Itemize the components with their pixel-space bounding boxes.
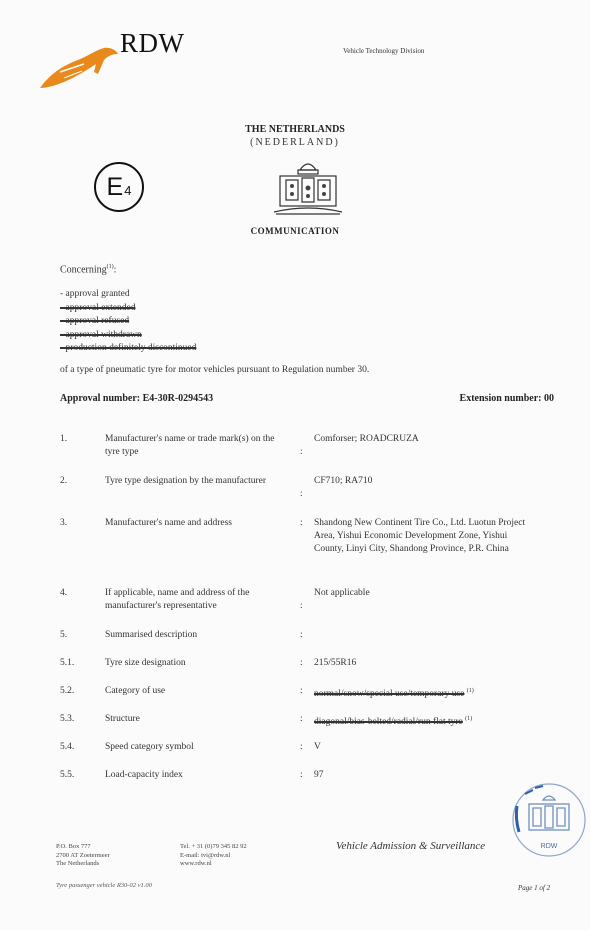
item-label: If applicable, name and address of the m… [105, 587, 285, 613]
concerning-options: - approval granted - approval extended -… [60, 288, 196, 356]
item-label: Summarised description [105, 629, 285, 642]
item-value: CF710; RA710 [314, 475, 554, 488]
option-approval-withdrawn: - approval withdrawn [60, 329, 196, 343]
address-line: 2700 AT Zoetermeer [56, 852, 110, 861]
division-label: Vehicle Technology Division [343, 47, 424, 55]
item-label: Tyre size designation [105, 657, 285, 670]
item-footnote: (1) [467, 688, 474, 694]
item-colon: : [300, 517, 303, 530]
item-value: 215/55R16 [314, 657, 554, 670]
rdw-stamp-icon: RDW [505, 778, 587, 860]
item-number: 1. [60, 433, 67, 446]
item-number: 5.5. [60, 769, 74, 782]
rdw-bird-logo-icon [38, 44, 118, 90]
item-label: Structure [105, 713, 285, 726]
country-title: THE NETHERLANDS [0, 124, 590, 135]
item-colon: : [300, 600, 303, 613]
address-line: P.O. Box 777 [56, 843, 110, 852]
item-value: Comforser; ROADCRUZA [314, 433, 554, 446]
item-footnote: (1) [465, 716, 472, 722]
item-colon: : [300, 629, 303, 642]
item-colon: : [300, 713, 303, 726]
document-type-title: COMMUNICATION [0, 226, 590, 236]
item-number: 2. [60, 475, 67, 488]
page-number: Page 1 of 2 [518, 884, 550, 892]
contact-website: www.rdw.nl [180, 860, 247, 869]
item-value-text: diagonal/bias-belted/radial/run flat tyr… [314, 717, 463, 727]
item-number: 5.3. [60, 713, 74, 726]
item-label: Category of use [105, 685, 285, 698]
item-value: normal/snow/special use/temporary use (1… [314, 685, 554, 701]
item-label: Manufacturer's name or trade mark(s) on … [105, 433, 285, 459]
item-number: 5.4. [60, 741, 74, 754]
item-label: Tyre type designation by the manufacture… [105, 475, 285, 488]
item-value: diagonal/bias-belted/radial/run flat tyr… [314, 713, 554, 729]
extension-number: Extension number: 00 [460, 393, 554, 404]
item-colon: : [300, 488, 303, 501]
item-value: Not applicable [314, 587, 554, 600]
e-mark-number: 4 [124, 183, 131, 198]
option-approval-refused: - approval refused [60, 315, 196, 329]
option-approval-granted: - approval granted [60, 288, 196, 302]
item-colon: : [300, 769, 303, 782]
concerning-text: Concerning [60, 264, 107, 275]
org-name: RDW [120, 28, 185, 59]
item-number: 5.2. [60, 685, 74, 698]
e-mark-letter: E [107, 173, 124, 201]
regulation-statement: of a type of pneumatic tyre for motor ve… [60, 365, 369, 375]
concerning-footnote: (1) [107, 264, 114, 270]
stamp-text: RDW [541, 843, 558, 850]
option-production-discontinued: - production definitely discontinued [60, 342, 196, 356]
contact-phone: Tel. + 31 (0)79 345 82 92 [180, 843, 247, 852]
item-value: Shandong New Continent Tire Co., Ltd. Lu… [314, 517, 539, 556]
item-number: 3. [60, 517, 67, 530]
item-number: 5. [60, 629, 67, 642]
coat-of-arms-icon [272, 156, 344, 218]
item-label: Load-capacity index [105, 769, 285, 782]
country-native-title: (NEDERLAND) [0, 137, 590, 148]
item-colon: : [300, 446, 303, 459]
option-approval-extended: - approval extended [60, 302, 196, 316]
concerning-colon: : [114, 264, 117, 275]
concerning-label: Concerning(1): [60, 264, 116, 275]
item-label: Manufacturer's name and address [105, 517, 285, 530]
item-value-text: normal/snow/special use/temporary use [314, 689, 464, 699]
item-number: 4. [60, 587, 67, 600]
footer-contact: Tel. + 31 (0)79 345 82 92 E-mail: tvi@rd… [180, 843, 247, 869]
footer-address: P.O. Box 777 2700 AT Zoetermeer The Neth… [56, 843, 110, 869]
item-colon: : [300, 657, 303, 670]
item-label: Speed category symbol [105, 741, 285, 754]
e-mark-icon: E4 [94, 162, 144, 212]
approval-number: Approval number: E4-30R-0294543 [60, 393, 213, 404]
footer-admin-text: Vehicle Admission & Surveillance [336, 840, 485, 852]
item-colon: : [300, 685, 303, 698]
item-colon: : [300, 741, 303, 754]
form-identifier: Tyre passenger vehicle R30-02 v1.00 [56, 882, 152, 889]
item-number: 5.1. [60, 657, 74, 670]
item-value: V [314, 741, 554, 754]
address-line: The Netherlands [56, 860, 110, 869]
contact-email: E-mail: tvi@rdw.nl [180, 852, 247, 861]
